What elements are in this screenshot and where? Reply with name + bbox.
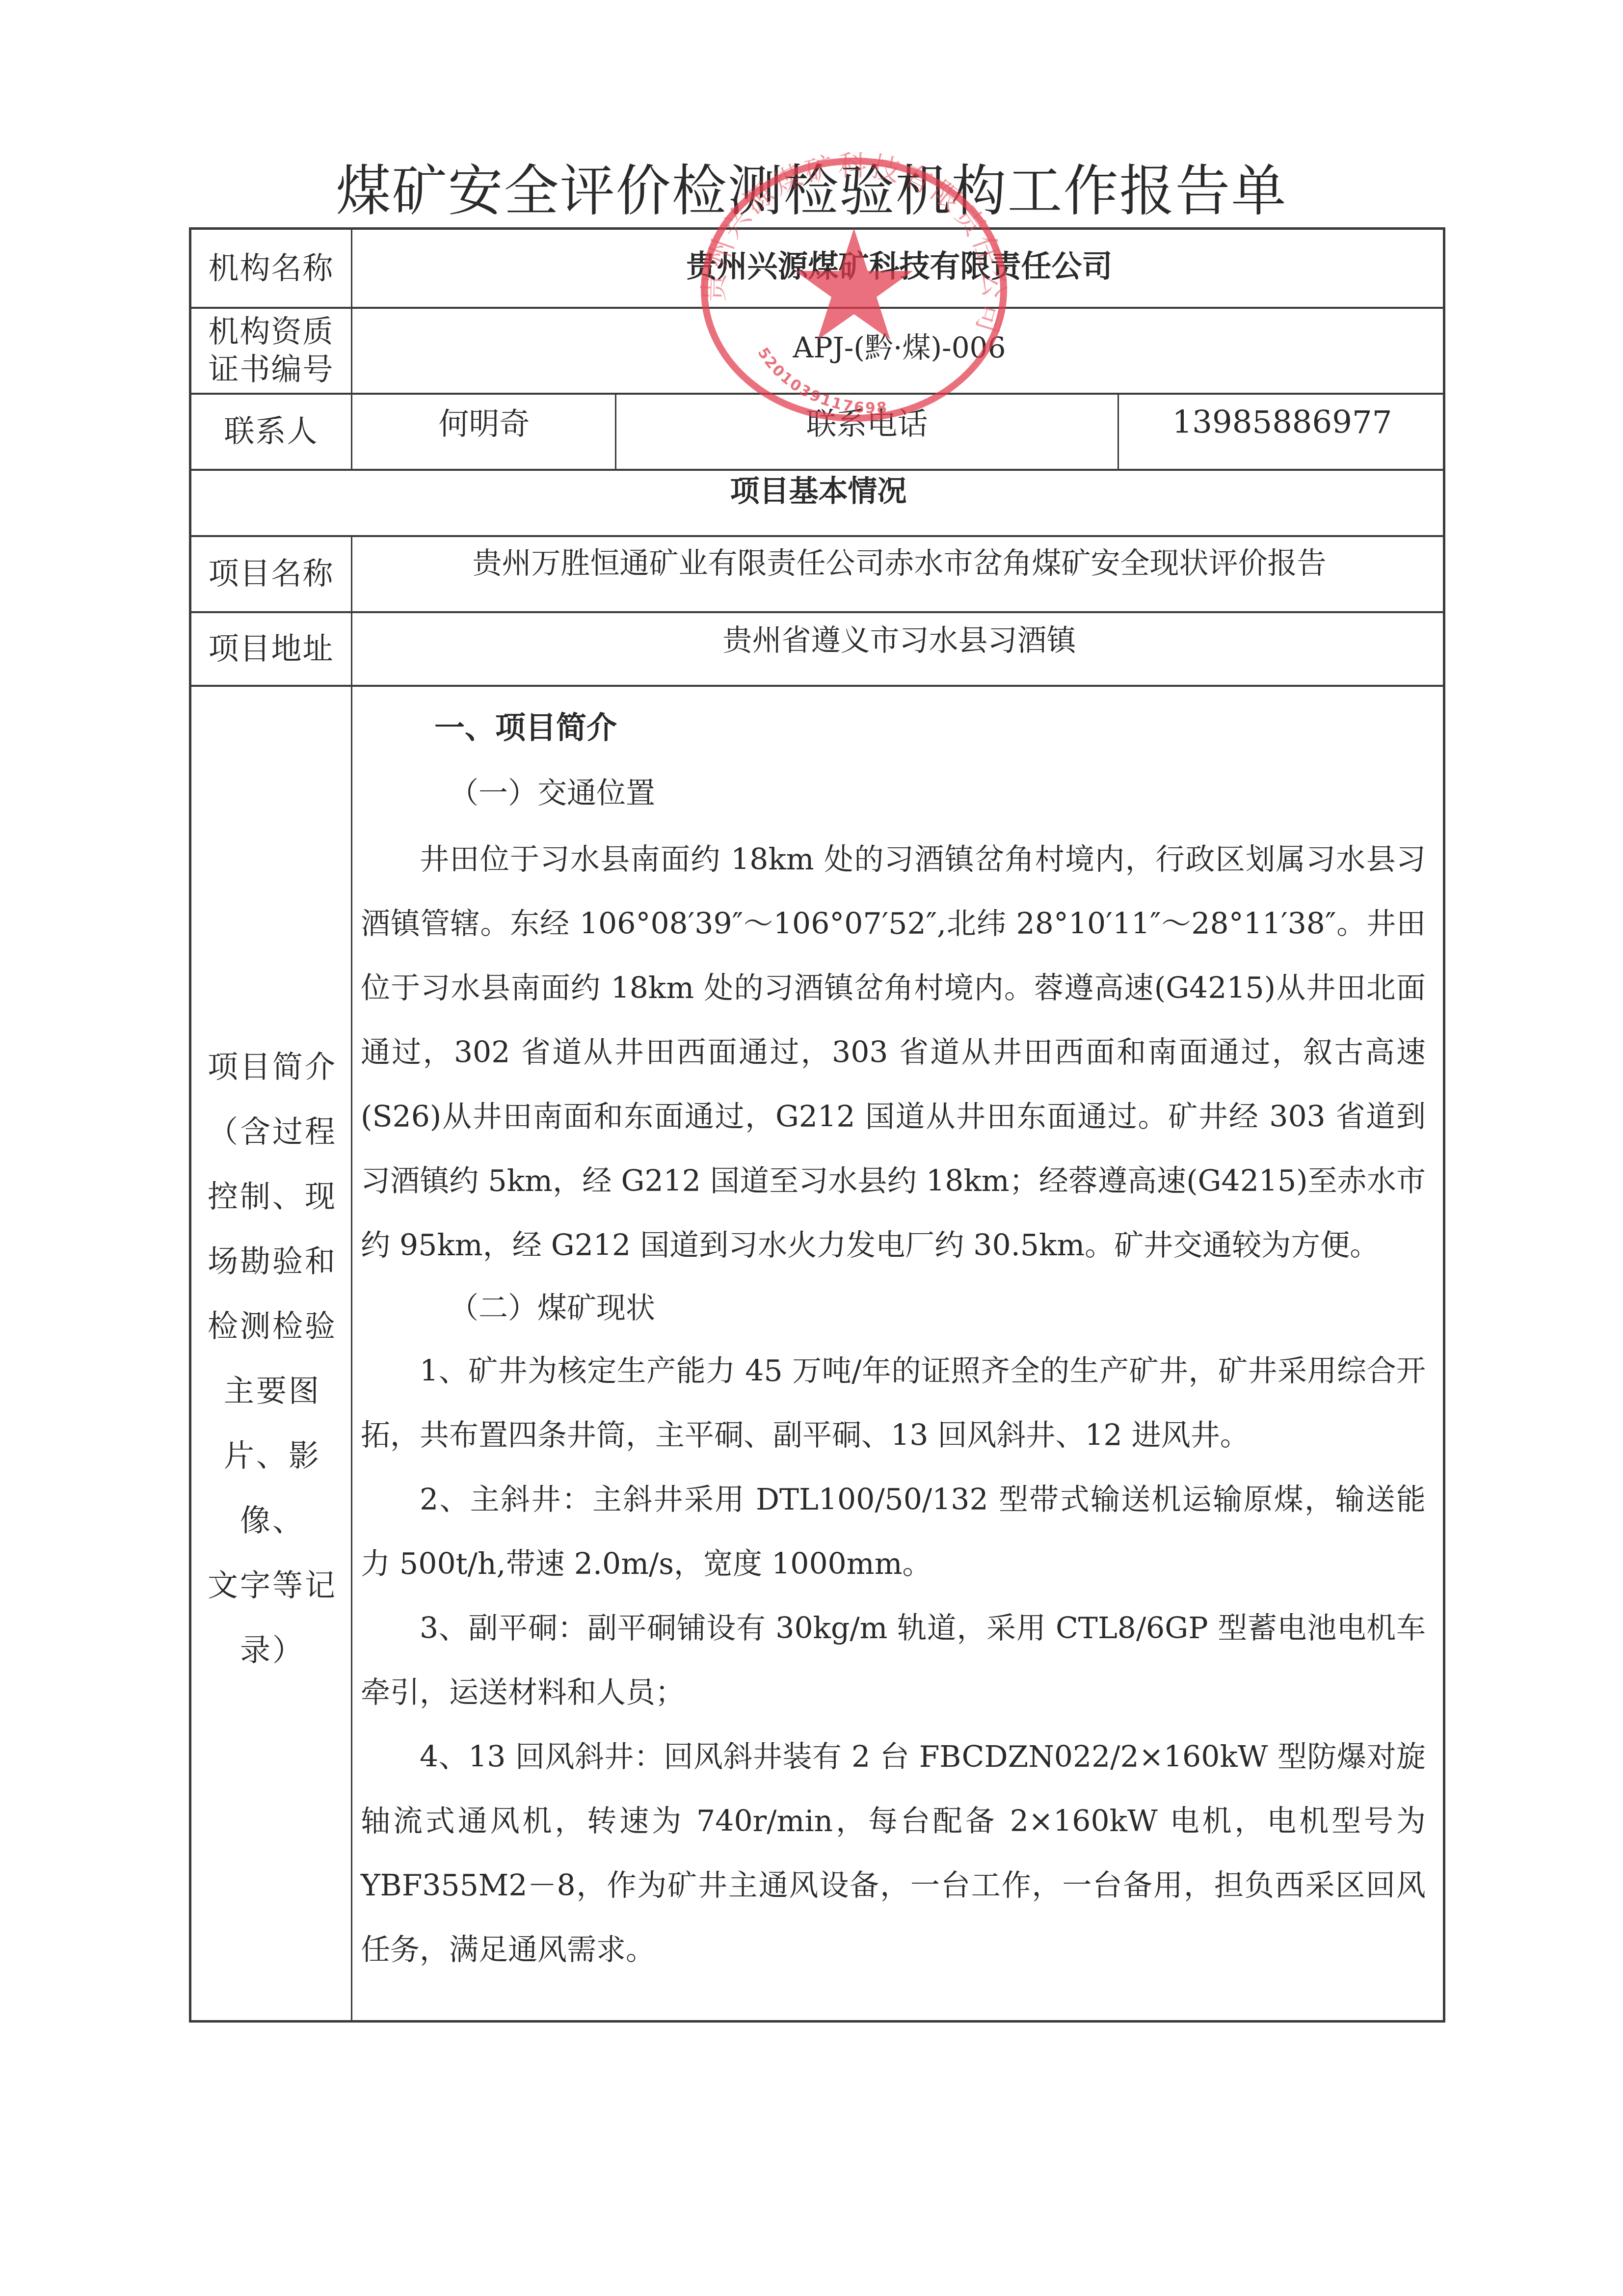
intro-label-line: 片、影像、 [206,1424,339,1553]
subheading-mine-status: （二）煤矿现状 [361,1278,1426,1339]
paragraph-item-1: 1、矿井为核定生产能力 45 万吨/年的证照齐全的生产矿井，矿井采用综合开拓，共… [361,1339,1426,1468]
intro-label-line: 主要图 [206,1359,339,1424]
document-title: 煤矿安全评价检测检验机构工作报告单 [0,147,1623,226]
project-address-value: 贵州省遵义市习水县习酒镇 [353,613,1445,662]
paragraph-item-2: 2、主斜井：主斜井采用 DTL100/50/132 型带式输送机运输原煤，输送能… [361,1468,1426,1596]
intro-label-line: 场勘验和 [206,1229,339,1294]
cert-number-value: APJ-(黔·煤)-006 [353,308,1445,387]
paragraph-item-4: 4、13 回风斜井：回风斜井装有 2 台 FBCDZN022/2×160kW 型… [361,1725,1426,1982]
heading-project-intro: 一、项目简介 [361,701,1426,764]
phone-label: 联系电话 [616,394,1117,453]
project-name-label: 项目名称 [191,537,351,611]
project-intro-content: 一、项目简介 （一）交通位置 井田位于习水县南面约 18km 处的习酒镇岔角村境… [361,701,1426,1982]
intro-label-line: 文字等记 [206,1553,339,1618]
institution-name-value: 贵州兴源煤矿科技有限责任公司 [353,230,1445,303]
paragraph-item-3: 3、副平硐：副平硐铺设有 30kg/m 轨道，采用 CTL8/6GP 型蓄电池电… [361,1596,1426,1725]
column-divider [351,230,352,469]
subheading-traffic-location: （一）交通位置 [361,764,1426,828]
row-divider [191,685,1443,687]
cert-label: 机构资质 证书编号 [191,308,351,393]
project-section-title: 项目基本情况 [191,470,1445,510]
project-address-label: 项目地址 [191,613,351,685]
contact-label: 联系人 [191,394,351,469]
report-form-table: 机构名称 贵州兴源煤矿科技有限责任公司 机构资质 证书编号 APJ-(黔·煤)-… [189,227,1445,2023]
cert-label-line1: 机构资质 [208,313,334,351]
phone-value: 13985886977 [1119,394,1445,453]
project-name-value: 贵州万胜恒通矿业有限责任公司赤水市岔角煤矿安全现状评价报告 [353,537,1445,586]
intro-label-line: 控制、现 [206,1164,339,1229]
intro-label-line: 录） [206,1618,339,1683]
intro-label-line: 项目简介 [206,1035,339,1100]
contact-value: 何明奇 [353,394,615,453]
cert-label-line2: 证书编号 [208,351,334,389]
institution-name-label: 机构名称 [191,230,351,307]
paragraph-traffic: 井田位于习水县南面约 18km 处的习酒镇岔角村境内，行政区划属习水县习酒镇管辖… [361,828,1426,1278]
intro-label-line: 检测检验 [206,1294,339,1359]
project-intro-label: 项目简介 （含过程 控制、现 场勘验和 检测检验 主要图 片、影像、 文字等记 … [191,692,353,2025]
intro-label-line: （含过程 [206,1100,339,1164]
